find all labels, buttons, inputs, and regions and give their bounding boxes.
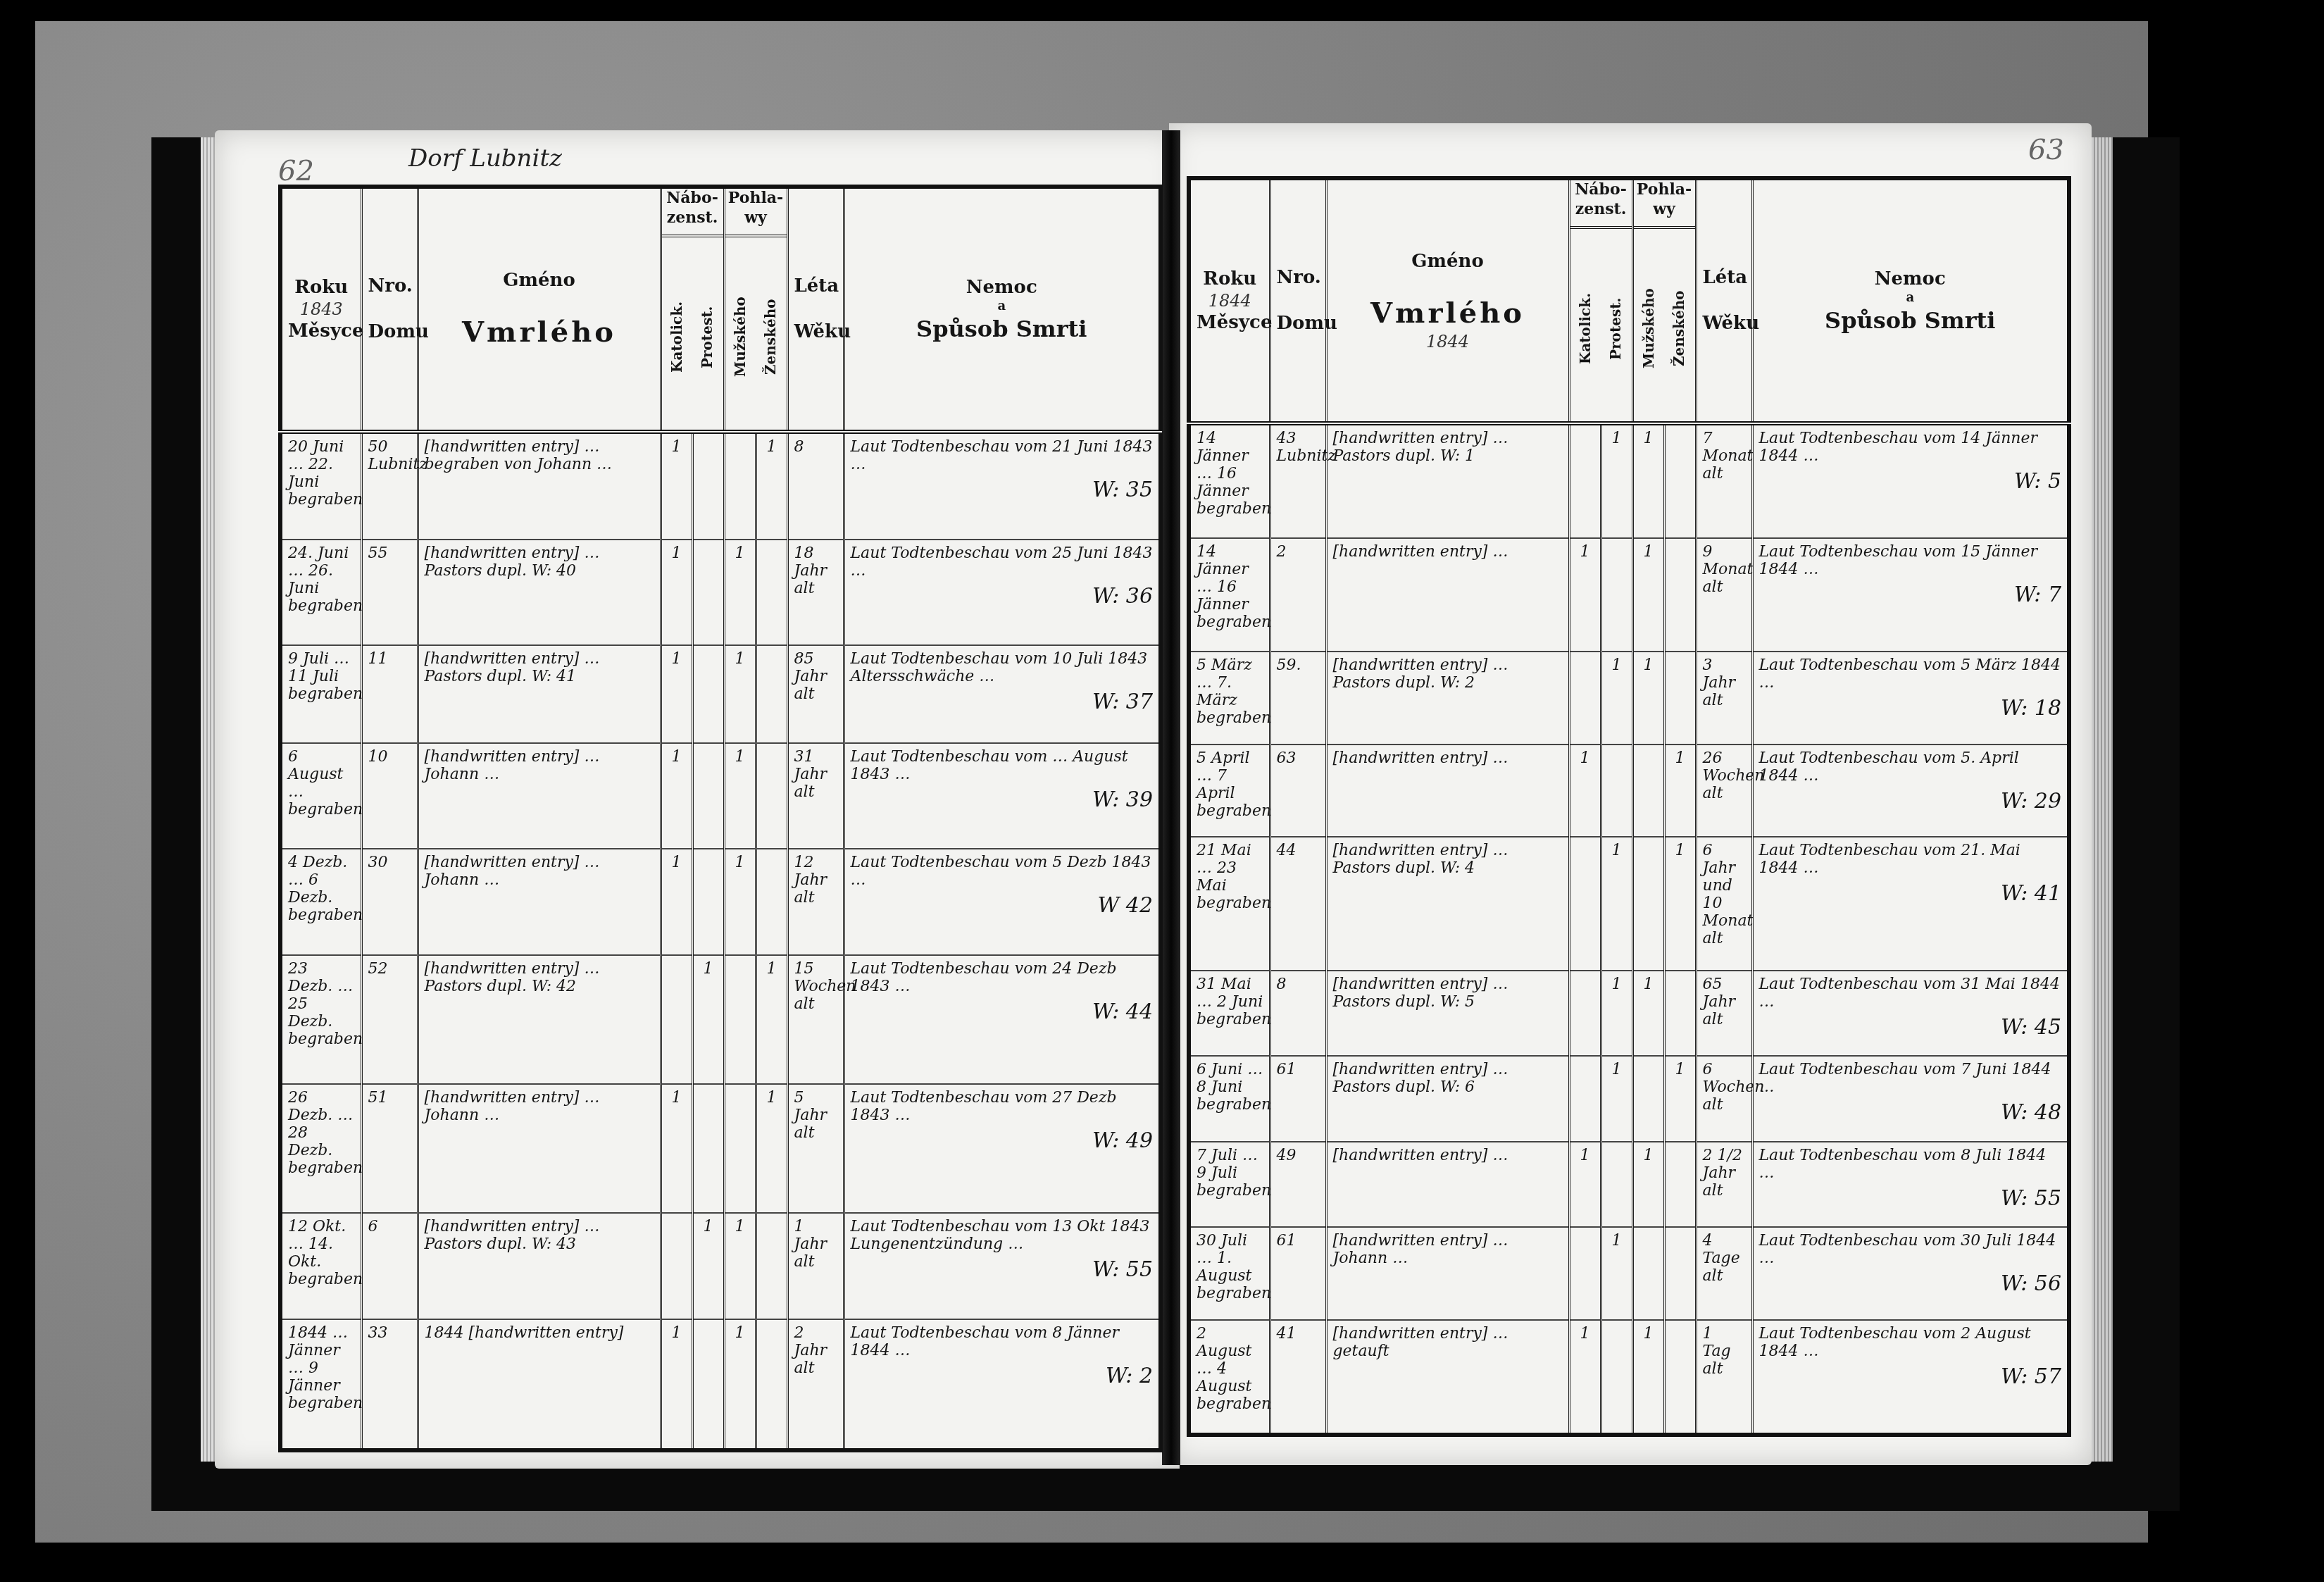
entry-date: 23 Dezb. … 25 Dezb. begraben bbox=[280, 955, 361, 1084]
female-mark: 1 bbox=[756, 432, 787, 540]
deceased-name: [handwritten entry] … Pastors dupl. W: 6 bbox=[1326, 1056, 1569, 1141]
header-date: Roku1844Měsyce bbox=[1189, 178, 1270, 423]
female-mark bbox=[756, 540, 787, 645]
catholic-mark: 1 bbox=[1569, 1142, 1601, 1227]
male-mark: 1 bbox=[724, 645, 756, 743]
male-mark: 1 bbox=[1632, 652, 1664, 745]
record-reference: W: 35 bbox=[851, 478, 1154, 502]
house-number: 50 Lubnitz bbox=[361, 432, 418, 540]
male-mark: 1 bbox=[1632, 423, 1664, 538]
age: 1 Tag alt bbox=[1696, 1320, 1752, 1435]
record-reference: W: 36 bbox=[851, 584, 1154, 609]
house-number: 55 bbox=[361, 540, 418, 645]
male-mark: 1 bbox=[724, 743, 756, 849]
female-mark bbox=[756, 1319, 787, 1450]
record-reference: W: 56 bbox=[1759, 1271, 2062, 1296]
age: 6 Jahr und 10 Monat alt bbox=[1696, 837, 1752, 971]
record-reference: W: 5 bbox=[1759, 469, 2062, 494]
header-religion: Nábo-zenst. Katolick.Protest. bbox=[1569, 178, 1632, 423]
cause-of-death: Laut Todtenbeschau vom 31 Mai 1844 …W: 4… bbox=[1752, 971, 2069, 1056]
catholic-mark bbox=[1569, 423, 1601, 538]
age: 8 bbox=[787, 432, 844, 540]
entry-date: 20 Juni … 22. Juni begraben bbox=[280, 432, 361, 540]
register-row: 21 Mai … 23 Mai begraben44[handwritten e… bbox=[1189, 837, 2069, 971]
left-folio-number: 62 bbox=[278, 155, 314, 187]
register-row: 30 Juli … 1. August begraben61[handwritt… bbox=[1189, 1227, 2069, 1320]
header-age: LétaWěku bbox=[1696, 178, 1752, 423]
deceased-name: [handwritten entry] … Pastors dupl. W: 5 bbox=[1326, 971, 1569, 1056]
age: 2 Jahr alt bbox=[787, 1319, 844, 1450]
house-number: 59. bbox=[1270, 652, 1326, 745]
male-mark: 1 bbox=[724, 540, 756, 645]
entry-date: 30 Juli … 1. August begraben bbox=[1189, 1227, 1270, 1320]
protestant-mark bbox=[692, 645, 724, 743]
female-mark bbox=[1664, 1320, 1696, 1435]
house-number: 30 bbox=[361, 849, 418, 954]
entry-date: 14 Jänner … 16 Jänner begraben bbox=[1189, 423, 1270, 538]
record-reference: W: 29 bbox=[1759, 789, 2062, 814]
register-row: 14 Jänner … 16 Jänner begraben2[handwrit… bbox=[1189, 538, 2069, 652]
house-number: 2 bbox=[1270, 538, 1326, 652]
record-reference: W: 55 bbox=[1759, 1186, 2062, 1211]
entry-date: 9 Juli … 11 Juli begraben bbox=[280, 645, 361, 743]
catholic-mark: 1 bbox=[661, 540, 692, 645]
cause-of-death: Laut Todtenbeschau vom 13 Okt 1843 Lunge… bbox=[844, 1213, 1161, 1319]
cause-of-death: Laut Todtenbeschau vom 21. Mai 1844 …W: … bbox=[1752, 837, 2069, 971]
header-name: GménoVmrlého1844 bbox=[1326, 178, 1569, 423]
protestant-mark: 1 bbox=[1601, 1056, 1632, 1141]
male-mark: 1 bbox=[724, 849, 756, 954]
female-mark bbox=[756, 743, 787, 849]
header-date: Roku1843Měsyce bbox=[280, 187, 361, 432]
header-age: LétaWěku bbox=[787, 187, 844, 432]
record-reference: W 42 bbox=[851, 893, 1154, 918]
record-reference: W: 48 bbox=[1759, 1100, 2062, 1125]
age: 65 Jahr alt bbox=[1696, 971, 1752, 1056]
register-row: 14 Jänner … 16 Jänner begraben43 Lubnitz… bbox=[1189, 423, 2069, 538]
female-mark bbox=[1664, 1227, 1696, 1320]
catholic-mark: 1 bbox=[661, 645, 692, 743]
house-number: 43 Lubnitz bbox=[1270, 423, 1326, 538]
male-mark: 1 bbox=[1632, 971, 1664, 1056]
deceased-name: [handwritten entry] … Pastors dupl. W: 4… bbox=[418, 955, 661, 1084]
cause-of-death: Laut Todtenbeschau vom 10 Juli 1843 Alte… bbox=[844, 645, 1161, 743]
female-mark bbox=[1664, 423, 1696, 538]
register-row: 12 Okt. … 14. Okt. begraben6[handwritten… bbox=[280, 1213, 1161, 1319]
male-mark: 1 bbox=[1632, 1320, 1664, 1435]
deceased-name: [handwritten entry] … Pastors dupl. W: 1 bbox=[1326, 423, 1569, 538]
book-gutter bbox=[1162, 130, 1180, 1465]
register-row: 31 Mai … 2 Juni begraben8[handwritten en… bbox=[1189, 971, 2069, 1056]
record-reference: W: 37 bbox=[851, 690, 1154, 714]
register-row: 6 August … begraben10[handwritten entry]… bbox=[280, 743, 1161, 849]
age: 15 Wochen alt bbox=[787, 955, 844, 1084]
register-row: 5 März … 7. März begraben59.[handwritten… bbox=[1189, 652, 2069, 745]
cause-of-death: Laut Todtenbeschau vom 25 Juni 1843 …W: … bbox=[844, 540, 1161, 645]
protestant-mark bbox=[692, 1084, 724, 1213]
record-reference: W: 7 bbox=[1759, 583, 2062, 607]
cause-of-death: Laut Todtenbeschau vom … August 1843 …W:… bbox=[844, 743, 1161, 849]
cause-of-death: Laut Todtenbeschau vom 7 Juni 1844 …W: 4… bbox=[1752, 1056, 2069, 1141]
entry-date: 7 Juli … 9 Juli begraben bbox=[1189, 1142, 1270, 1227]
male-mark bbox=[1632, 745, 1664, 837]
male-mark bbox=[724, 955, 756, 1084]
female-mark bbox=[1664, 1142, 1696, 1227]
female-mark bbox=[1664, 971, 1696, 1056]
age: 85 Jahr alt bbox=[787, 645, 844, 743]
catholic-mark: 1 bbox=[1569, 745, 1601, 837]
cause-of-death: Laut Todtenbeschau vom 24 Dezb 1843 …W: … bbox=[844, 955, 1161, 1084]
house-number: 61 bbox=[1270, 1056, 1326, 1141]
female-mark bbox=[1664, 652, 1696, 745]
cause-of-death: Laut Todtenbeschau vom 15 Jänner 1844 …W… bbox=[1752, 538, 2069, 652]
register-row: 20 Juni … 22. Juni begraben50 Lubnitz[ha… bbox=[280, 432, 1161, 540]
age: 4 Tage alt bbox=[1696, 1227, 1752, 1320]
register-row: 26 Dezb. … 28 Dezb. begraben51[handwritt… bbox=[280, 1084, 1161, 1213]
protestant-mark: 1 bbox=[692, 955, 724, 1084]
protestant-mark: 1 bbox=[1601, 423, 1632, 538]
record-reference: W: 57 bbox=[1759, 1364, 2062, 1389]
entry-date: 14 Jänner … 16 Jänner begraben bbox=[1189, 538, 1270, 652]
header-cause: NemocaSpůsob Smrti bbox=[1752, 178, 2069, 423]
house-number: 52 bbox=[361, 955, 418, 1084]
catholic-mark bbox=[661, 1213, 692, 1319]
protestant-mark bbox=[1601, 1320, 1632, 1435]
register-row: 24. Juni … 26. Juni begraben55[handwritt… bbox=[280, 540, 1161, 645]
deceased-name: [handwritten entry] … Johann … bbox=[418, 849, 661, 954]
female-mark bbox=[756, 1213, 787, 1319]
male-mark: 1 bbox=[1632, 538, 1664, 652]
male-mark: 1 bbox=[1632, 1142, 1664, 1227]
protestant-mark bbox=[692, 849, 724, 954]
age: 1 Jahr alt bbox=[787, 1213, 844, 1319]
record-reference: W: 49 bbox=[851, 1128, 1154, 1153]
male-mark bbox=[724, 432, 756, 540]
house-number: 41 bbox=[1270, 1320, 1326, 1435]
deceased-name: [handwritten entry] … getauft bbox=[1326, 1320, 1569, 1435]
house-number: 33 bbox=[361, 1319, 418, 1450]
house-number: 63 bbox=[1270, 745, 1326, 837]
header-house: Nro.Domu bbox=[1270, 178, 1326, 423]
entry-date: 31 Mai … 2 Juni begraben bbox=[1189, 971, 1270, 1056]
record-reference: W: 45 bbox=[1759, 1015, 2062, 1040]
header-sex: Pohla-wy MužskéhoŽenského bbox=[1632, 178, 1696, 423]
catholic-mark bbox=[661, 955, 692, 1084]
house-number: 10 bbox=[361, 743, 418, 849]
deceased-name: [handwritten entry] … bbox=[1326, 1142, 1569, 1227]
house-number: 49 bbox=[1270, 1142, 1326, 1227]
protestant-mark bbox=[1601, 538, 1632, 652]
protestant-mark bbox=[692, 432, 724, 540]
left-register-table: Roku1843Měsyce Nro.Domu GménoVmrlého Náb… bbox=[278, 185, 1163, 1452]
entry-date: 2 August … 4 August begraben bbox=[1189, 1320, 1270, 1435]
deceased-name: 1844 [handwritten entry] bbox=[418, 1319, 661, 1450]
female-mark: 1 bbox=[756, 955, 787, 1084]
female-mark bbox=[1664, 538, 1696, 652]
male-mark: 1 bbox=[724, 1319, 756, 1450]
cause-of-death: Laut Todtenbeschau vom 5. April 1844 …W:… bbox=[1752, 745, 2069, 837]
record-reference: W: 18 bbox=[1759, 696, 2062, 721]
entry-date: 1844 … Jänner … 9 Jänner begraben bbox=[280, 1319, 361, 1450]
cause-of-death: Laut Todtenbeschau vom 8 Juli 1844 …W: 5… bbox=[1752, 1142, 2069, 1227]
register-row: 7 Juli … 9 Juli begraben49[handwritten e… bbox=[1189, 1142, 2069, 1227]
female-mark: 1 bbox=[1664, 1056, 1696, 1141]
register-row: 2 August … 4 August begraben41[handwritt… bbox=[1189, 1320, 2069, 1435]
catholic-mark bbox=[1569, 1227, 1601, 1320]
female-mark: 1 bbox=[1664, 745, 1696, 837]
male-mark bbox=[1632, 837, 1664, 971]
house-number: 11 bbox=[361, 645, 418, 743]
age: 26 Wochen alt bbox=[1696, 745, 1752, 837]
protestant-mark: 1 bbox=[1601, 1227, 1632, 1320]
catholic-mark: 1 bbox=[661, 743, 692, 849]
header-name: GménoVmrlého bbox=[418, 187, 661, 432]
protestant-mark bbox=[1601, 1142, 1632, 1227]
register-row: 23 Dezb. … 25 Dezb. begraben52[handwritt… bbox=[280, 955, 1161, 1084]
record-reference: W: 55 bbox=[851, 1257, 1154, 1282]
register-row: 4 Dezb. … 6 Dezb. begraben30[handwritten… bbox=[280, 849, 1161, 954]
cause-of-death: Laut Todtenbeschau vom 30 Juli 1844 …W: … bbox=[1752, 1227, 2069, 1320]
entry-date: 21 Mai … 23 Mai begraben bbox=[1189, 837, 1270, 971]
protestant-mark: 1 bbox=[1601, 652, 1632, 745]
header-house: Nro.Domu bbox=[361, 187, 418, 432]
protestant-mark: 1 bbox=[1601, 837, 1632, 971]
age: 3 Jahr alt bbox=[1696, 652, 1752, 745]
protestant-mark bbox=[692, 540, 724, 645]
deceased-name: [handwritten entry] … Pastors dupl. W: 4… bbox=[418, 1213, 661, 1319]
record-reference: W: 41 bbox=[1759, 881, 2062, 906]
left-top-note: Dorf Lubnitz bbox=[408, 144, 562, 173]
entry-date: 6 August … begraben bbox=[280, 743, 361, 849]
register-row: 1844 … Jänner … 9 Jänner begraben331844 … bbox=[280, 1319, 1161, 1450]
age: 2 1/2 Jahr alt bbox=[1696, 1142, 1752, 1227]
catholic-mark bbox=[1569, 837, 1601, 971]
house-number: 44 bbox=[1270, 837, 1326, 971]
deceased-name: [handwritten entry] … Pastors dupl. W: 2 bbox=[1326, 652, 1569, 745]
catholic-mark bbox=[1569, 1056, 1601, 1141]
deceased-name: [handwritten entry] … Pastors dupl. W: 4 bbox=[1326, 837, 1569, 971]
cause-of-death: Laut Todtenbeschau vom 5 März 1844 …W: 1… bbox=[1752, 652, 2069, 745]
house-number: 51 bbox=[361, 1084, 418, 1213]
house-number: 8 bbox=[1270, 971, 1326, 1056]
deceased-name: [handwritten entry] … Johann … bbox=[418, 743, 661, 849]
male-mark: 1 bbox=[724, 1213, 756, 1319]
house-number: 6 bbox=[361, 1213, 418, 1319]
deceased-name: [handwritten entry] … bbox=[1326, 745, 1569, 837]
protestant-mark bbox=[692, 743, 724, 849]
deceased-name: [handwritten entry] … Pastors dupl. W: 4… bbox=[418, 645, 661, 743]
catholic-mark: 1 bbox=[661, 1319, 692, 1450]
catholic-mark bbox=[1569, 652, 1601, 745]
deceased-name: [handwritten entry] … Johann … bbox=[1326, 1227, 1569, 1320]
protestant-mark bbox=[1601, 745, 1632, 837]
cause-of-death: Laut Todtenbeschau vom 5 Dezb 1843 …W 42 bbox=[844, 849, 1161, 954]
entry-date: 24. Juni … 26. Juni begraben bbox=[280, 540, 361, 645]
right-register-table: Roku1844Měsyce Nro.Domu GménoVmrlého1844… bbox=[1187, 176, 2071, 1437]
entry-date: 26 Dezb. … 28 Dezb. begraben bbox=[280, 1084, 361, 1213]
cause-of-death: Laut Todtenbeschau vom 21 Juni 1843 …W: … bbox=[844, 432, 1161, 540]
age: 18 Jahr alt bbox=[787, 540, 844, 645]
female-mark: 1 bbox=[1664, 837, 1696, 971]
female-mark bbox=[756, 849, 787, 954]
female-mark: 1 bbox=[756, 1084, 787, 1213]
header-religion: Nábo-zenst. Katolick.Protest. bbox=[661, 187, 724, 432]
register-row: 5 April … 7 April begraben63[handwritten… bbox=[1189, 745, 2069, 837]
deceased-name: [handwritten entry] … Johann … bbox=[418, 1084, 661, 1213]
female-mark bbox=[756, 645, 787, 743]
catholic-mark bbox=[1569, 971, 1601, 1056]
entry-date: 6 Juni … 8 Juni begraben bbox=[1189, 1056, 1270, 1141]
deceased-name: [handwritten entry] … begraben von Johan… bbox=[418, 432, 661, 540]
entry-date: 5 April … 7 April begraben bbox=[1189, 745, 1270, 837]
catholic-mark: 1 bbox=[661, 849, 692, 954]
deceased-name: [handwritten entry] … bbox=[1326, 538, 1569, 652]
register-row: 6 Juni … 8 Juni begraben61[handwritten e… bbox=[1189, 1056, 2069, 1141]
register-row: 9 Juli … 11 Juli begraben11[handwritten … bbox=[280, 645, 1161, 743]
male-mark bbox=[1632, 1056, 1664, 1141]
entry-date: 5 März … 7. März begraben bbox=[1189, 652, 1270, 745]
catholic-mark: 1 bbox=[661, 1084, 692, 1213]
house-number: 61 bbox=[1270, 1227, 1326, 1320]
male-mark bbox=[1632, 1227, 1664, 1320]
catholic-mark: 1 bbox=[1569, 1320, 1601, 1435]
record-reference: W: 44 bbox=[851, 999, 1154, 1024]
catholic-mark: 1 bbox=[1569, 538, 1601, 652]
cause-of-death: Laut Todtenbeschau vom 27 Dezb 1843 …W: … bbox=[844, 1084, 1161, 1213]
header-cause: NemocaSpůsob Smrti bbox=[844, 187, 1161, 432]
right-folio-number: 63 bbox=[2028, 134, 2064, 166]
cause-of-death: Laut Todtenbeschau vom 8 Jänner 1844 …W:… bbox=[844, 1319, 1161, 1450]
age: 7 Monat alt bbox=[1696, 423, 1752, 538]
cause-of-death: Laut Todtenbeschau vom 2 August 1844 …W:… bbox=[1752, 1320, 2069, 1435]
cause-of-death: Laut Todtenbeschau vom 14 Jänner 1844 …W… bbox=[1752, 423, 2069, 538]
age: 5 Jahr alt bbox=[787, 1084, 844, 1213]
entry-date: 12 Okt. … 14. Okt. begraben bbox=[280, 1213, 361, 1319]
record-reference: W: 39 bbox=[851, 787, 1154, 812]
catholic-mark: 1 bbox=[661, 432, 692, 540]
age: 6 Wochen alt bbox=[1696, 1056, 1752, 1141]
header-sex: Pohla-wy MužskéhoŽenského bbox=[724, 187, 787, 432]
age: 12 Jahr alt bbox=[787, 849, 844, 954]
male-mark bbox=[724, 1084, 756, 1213]
age: 31 Jahr alt bbox=[787, 743, 844, 849]
age: 9 Monat alt bbox=[1696, 538, 1752, 652]
protestant-mark: 1 bbox=[692, 1213, 724, 1319]
protestant-mark bbox=[692, 1319, 724, 1450]
record-reference: W: 2 bbox=[851, 1364, 1154, 1388]
protestant-mark: 1 bbox=[1601, 971, 1632, 1056]
entry-date: 4 Dezb. … 6 Dezb. begraben bbox=[280, 849, 361, 954]
deceased-name: [handwritten entry] … Pastors dupl. W: 4… bbox=[418, 540, 661, 645]
